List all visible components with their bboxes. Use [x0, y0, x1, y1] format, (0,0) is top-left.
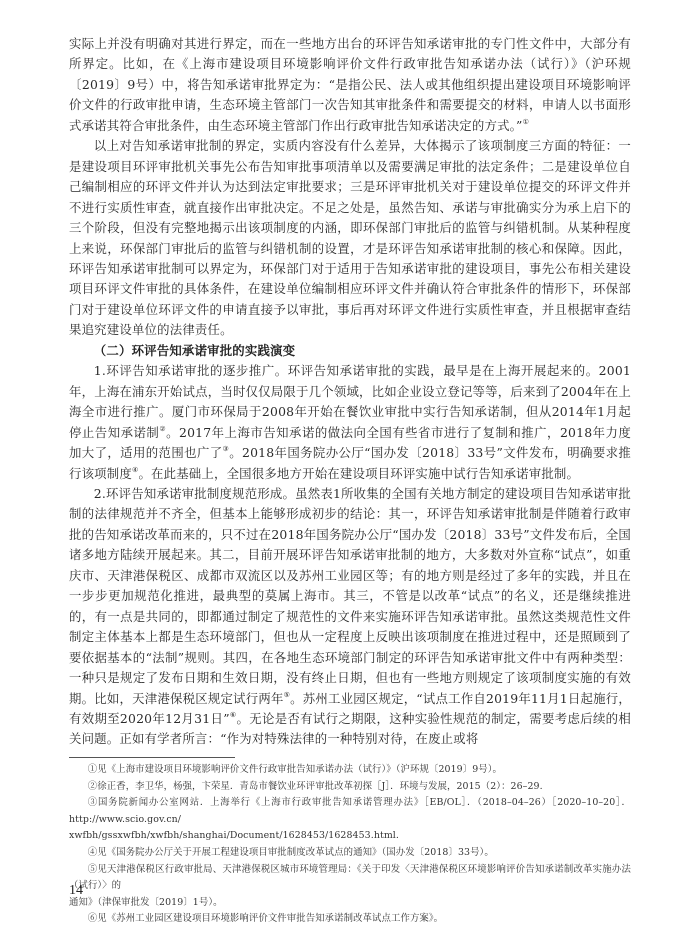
footnote-text-continued: 通知》（津保审批发〔2019〕1号）。 — [69, 895, 631, 912]
paragraph-definition-continued: 实际上并没有明确对其进行界定，而在一些地方出台的环评告知承诺审批的专门性文件中，… — [69, 34, 631, 136]
page-number: 14 — [69, 883, 83, 899]
footnote-6: ⑥见《苏州工业园区建设项目环境影响评价文件审批告知承诺制改革试点工作方案》。 — [69, 911, 631, 928]
footnote-4: ④见《国务院办公厅关于开展工程建设项目审批制度改革试点的通知》（国办发〔2018… — [69, 845, 631, 862]
paragraph-text: 2.环评告知承诺审批制度规范形成。虽然表1所收集的全国有关地方制定的建设项目告知… — [69, 486, 631, 706]
footnote-text: ③国务院新闻办公室网站．上海举行《上海市行政审批告知承诺管理办法》［EB/OL］… — [69, 797, 631, 825]
paragraph-norms: 2.环评告知承诺审批制度规范形成。虽然表1所收集的全国有关地方制定的建设项目告知… — [69, 484, 631, 750]
footnote-divider — [69, 757, 235, 758]
footnote-text: ⑤见天津港保税区行政审批局、天津港保税区城市环境管理局：《关于印发〈天津港保税区… — [69, 864, 631, 892]
footnote-1: ①见《上海市建设项目环境影响评价文件行政审批告知承诺办法（试行）》（沪环规〔20… — [69, 762, 631, 779]
section-heading: （二）环评告知承诺审批的实践演变 — [69, 341, 631, 361]
footnote-ref-6[interactable]: ⑥ — [230, 711, 237, 719]
footnote-5: ⑤见天津港保税区行政审批局、天津港保税区城市环境管理局：《关于印发〈天津港保税区… — [69, 862, 631, 912]
article-body: 实际上并没有明确对其进行界定，而在一些地方出台的环评告知承诺审批的专门性文件中，… — [69, 34, 631, 750]
footnote-url-link[interactable]: xwfbh/gssxwfbh/xwfbh/shanghai/Document/1… — [69, 828, 631, 845]
paragraph-features: 以上对告知承诺审批制的界定，实质内容没有什么差异，大体揭示了该项制度三方面的特征… — [69, 136, 631, 341]
footnote-ref-1[interactable]: ① — [523, 118, 529, 126]
paragraph-text: 。在此基础上，全国很多地方开始在建设项目环评实施中试行告知承诺审批制。 — [138, 466, 579, 481]
footnotes: ①见《上海市建设项目环境影响评价文件行政审批告知承诺办法（试行）》（沪环规〔20… — [69, 762, 631, 928]
footnote-2: ②徐正香，李卫华，杨强，卞荣星．青岛市餐饮业环评审批改革初探［J］．环境与发展，… — [69, 779, 631, 796]
paragraph-promotion: 1.环评告知承诺审批的逐步推广。环评告知承诺审批的实践，最早是在上海开展起来的。… — [69, 361, 631, 484]
footnote-3: ③国务院新闻办公室网站．上海举行《上海市行政审批告知承诺管理办法》［EB/OL］… — [69, 795, 631, 845]
paragraph-text: 实际上并没有明确对其进行界定，而在一些地方出台的环评告知承诺审批的专门性文件中，… — [69, 36, 631, 133]
